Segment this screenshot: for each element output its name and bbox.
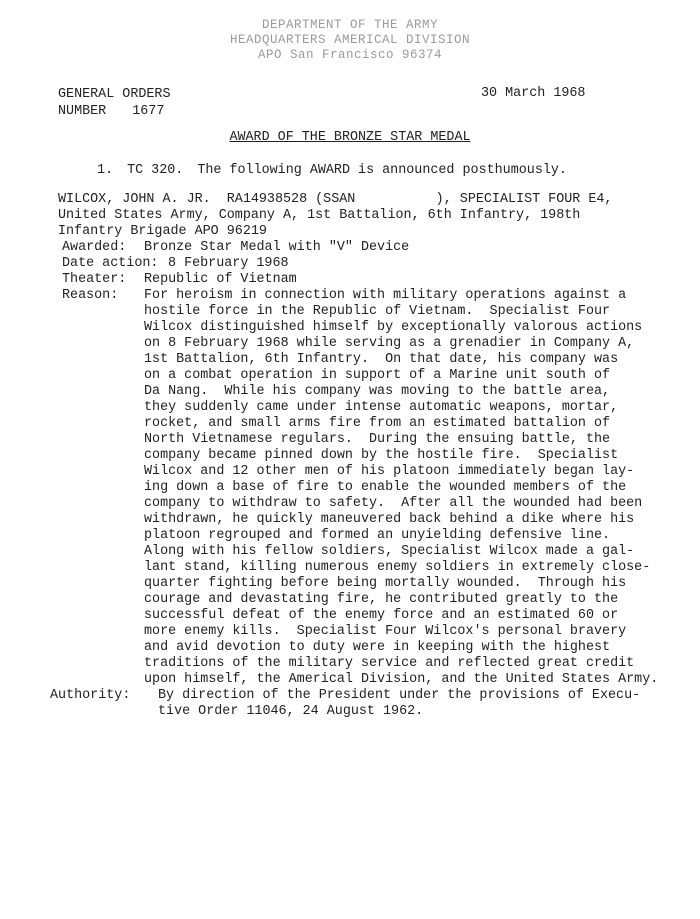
reason-label: Reason: bbox=[62, 288, 144, 688]
reason-line: traditions of the military service and r… bbox=[144, 656, 658, 672]
reason-line: they suddenly came under intense automat… bbox=[144, 400, 658, 416]
reason-line: Da Nang. While his company was moving to… bbox=[144, 384, 658, 400]
date-action-label: Date action: bbox=[62, 256, 168, 272]
reason-line: lant stand, killing numerous enemy soldi… bbox=[144, 560, 658, 576]
reason-line: on a combat operation in support of a Ma… bbox=[144, 368, 658, 384]
letterhead-apo: APO San Francisco 96374 bbox=[0, 48, 700, 63]
authority-text: By direction of the President under the … bbox=[158, 688, 640, 720]
theater-value: Republic of Vietnam bbox=[144, 272, 297, 288]
reason-line: company to withdraw to safety. After all… bbox=[144, 496, 658, 512]
paragraph-number: 1. bbox=[97, 163, 113, 178]
reason-line: withdrawn, he quickly maneuvered back be… bbox=[144, 512, 658, 528]
award-block: WILCOX, JOHN A. JR. RA14938528 (SSAN ), … bbox=[58, 192, 678, 720]
general-orders-label: GENERAL ORDERS bbox=[58, 86, 171, 103]
announcement-text: The following AWARD is announced posthum… bbox=[197, 163, 567, 178]
general-order-document: DEPARTMENT OF THE ARMY HEADQUARTERS AMER… bbox=[0, 0, 700, 919]
order-number: 1677 bbox=[132, 103, 164, 120]
number-label: NUMBER bbox=[58, 104, 106, 119]
reason-line: ing down a base of fire to enable the wo… bbox=[144, 480, 658, 496]
recipient-line-3: Infantry Brigade APO 96219 bbox=[58, 224, 678, 240]
reason-line: platoon regrouped and formed an unyieldi… bbox=[144, 528, 658, 544]
reason-line: Wilcox distinguished himself by exceptio… bbox=[144, 320, 658, 336]
reason-line: quarter fighting before being mortally w… bbox=[144, 576, 658, 592]
theater-field: Theater: Republic of Vietnam bbox=[62, 272, 678, 288]
date-action-value: 8 February 1968 bbox=[168, 256, 289, 272]
recipient-line-1: WILCOX, JOHN A. JR. RA14938528 (SSAN ), … bbox=[58, 192, 678, 208]
reason-line: North Vietnamese regulars. During the en… bbox=[144, 432, 658, 448]
awarded-value: Bronze Star Medal with "V" Device bbox=[144, 240, 409, 256]
date-action-field: Date action: 8 February 1968 bbox=[62, 256, 678, 272]
theater-label: Theater: bbox=[62, 272, 144, 288]
reason-line: rocket, and small arms fire from an esti… bbox=[144, 416, 658, 432]
reason-line: and avid devotion to duty were in keepin… bbox=[144, 640, 658, 656]
recipient-line-2: United States Army, Company A, 1st Batta… bbox=[58, 208, 678, 224]
document-title-wrap: AWARD OF THE BRONZE STAR MEDAL bbox=[0, 130, 700, 145]
reason-line: company became pinned down by the hostil… bbox=[144, 448, 658, 464]
reason-line: Wilcox and 12 other men of his platoon i… bbox=[144, 464, 658, 480]
authority-line: By direction of the President under the … bbox=[158, 688, 640, 704]
authority-label: Authority: bbox=[50, 688, 158, 720]
authority-line: tive Order 11046, 24 August 1962. bbox=[158, 704, 640, 720]
reason-line: on 8 February 1968 while serving as a gr… bbox=[144, 336, 658, 352]
reason-line: upon himself, the Americal Division, and… bbox=[144, 672, 658, 688]
reason-line: more enemy kills. Specialist Four Wilcox… bbox=[144, 624, 658, 640]
reason-line: courage and devastating fire, he contrib… bbox=[144, 592, 658, 608]
letterhead: DEPARTMENT OF THE ARMY HEADQUARTERS AMER… bbox=[0, 18, 700, 63]
reason-line: successful defeat of the enemy force and… bbox=[144, 608, 658, 624]
order-identifier: GENERAL ORDERS NUMBER1677 bbox=[58, 86, 171, 120]
awarded-field: Awarded: Bronze Star Medal with "V" Devi… bbox=[62, 240, 678, 256]
order-date: 30 March 1968 bbox=[481, 86, 585, 101]
reason-field: Reason: For heroism in connection with m… bbox=[62, 288, 678, 688]
authority-field: Authority: By direction of the President… bbox=[50, 688, 678, 720]
reason-line: Along with his fellow soldiers, Speciali… bbox=[144, 544, 658, 560]
paragraph-1: 1.TC 320.The following AWARD is announce… bbox=[97, 163, 567, 178]
tc-reference: TC 320. bbox=[127, 163, 183, 178]
reason-line: hostile force in the Republic of Vietnam… bbox=[144, 304, 658, 320]
awarded-label: Awarded: bbox=[62, 240, 144, 256]
document-title: AWARD OF THE BRONZE STAR MEDAL bbox=[229, 130, 470, 145]
letterhead-department: DEPARTMENT OF THE ARMY bbox=[0, 18, 700, 33]
letterhead-headquarters: HEADQUARTERS AMERICAL DIVISION bbox=[0, 33, 700, 48]
reason-line: For heroism in connection with military … bbox=[144, 288, 658, 304]
reason-line: 1st Battalion, 6th Infantry. On that dat… bbox=[144, 352, 658, 368]
reason-text: For heroism in connection with military … bbox=[144, 288, 658, 688]
